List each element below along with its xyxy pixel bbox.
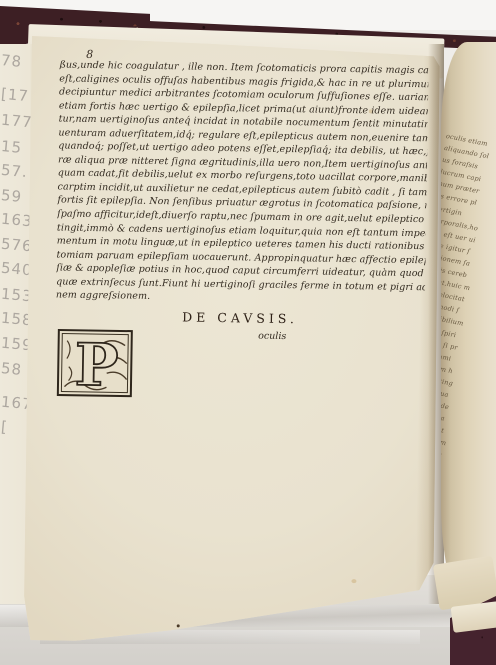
book-page: 8 ßus,unde hic coagulatur , ille non. It…	[20, 34, 442, 650]
ink-spot	[177, 624, 180, 627]
pencil-number: [	[0, 418, 8, 437]
section-heading: DE CAVSIS.	[55, 307, 424, 329]
svg-text:P: P	[74, 331, 119, 398]
pencil-number: 57.	[0, 161, 28, 181]
pencil-number: 177	[0, 111, 33, 132]
paragraph-scotoma: ßus,unde hic coagulatur , ille non. Item…	[56, 58, 429, 308]
facing-page-edge: oculis etiamaliquando ſolus foraſsislucr…	[441, 42, 496, 612]
pencil-number: 58	[0, 359, 23, 379]
woodcut-initial-P: P	[56, 328, 133, 397]
pencil-number: 78	[0, 51, 23, 71]
pencil-number: 59	[0, 186, 23, 206]
page-corner	[451, 601, 496, 633]
facing-page-text: oculis etiamaliquando ſolus foraſsislucr…	[441, 130, 496, 601]
pencil-number: 540	[0, 259, 33, 280]
pencil-number: [17	[0, 85, 29, 105]
text-column: ßus,unde hic coagulatur , ille non. Item…	[54, 58, 428, 404]
pencil-number: 15	[0, 137, 23, 157]
pencil-number: 576	[0, 235, 33, 256]
book-photo: 78[171771557.5916357654015315815958167[ …	[0, 0, 496, 665]
pencil-number: 163	[0, 210, 33, 231]
foxing-spot	[351, 579, 356, 583]
